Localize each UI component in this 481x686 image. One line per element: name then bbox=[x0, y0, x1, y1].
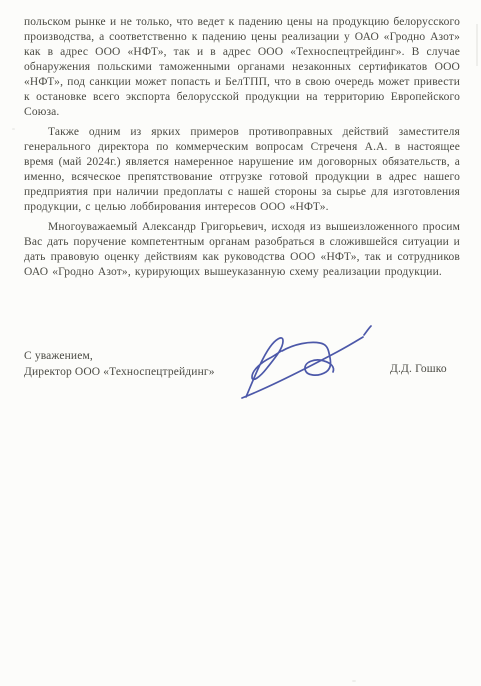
body-paragraph-1: польском рынке и не только, что ведет к … bbox=[24, 15, 460, 120]
scanned-letter-page: польском рынке и не только, что ведет к … bbox=[0, 0, 481, 686]
body-paragraph-3: Многоуважаемый Александр Григорьевич, ис… bbox=[24, 220, 460, 280]
letter-body: польском рынке и не только, что ведет к … bbox=[24, 15, 460, 285]
scan-speck bbox=[352, 680, 356, 682]
scan-edge-artifact bbox=[476, 24, 478, 66]
body-paragraph-2: Также одним из ярких примеров противопра… bbox=[24, 125, 460, 215]
scan-speck bbox=[12, 128, 15, 130]
signature-ink-strokes bbox=[242, 326, 371, 398]
signer-name: Д.Д. Гошко bbox=[390, 361, 447, 377]
signature-autograph-icon bbox=[222, 300, 382, 410]
